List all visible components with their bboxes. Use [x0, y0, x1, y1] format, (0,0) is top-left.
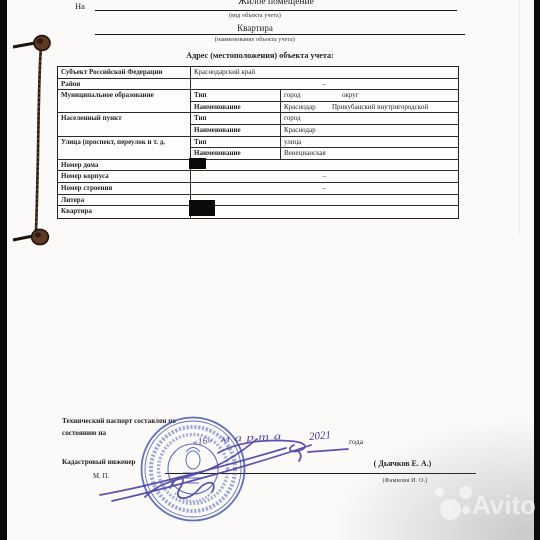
sub-key: Наименование — [191, 102, 281, 113]
row-label: Район — [58, 79, 191, 90]
sub-value-1: Краснодар — [284, 102, 332, 113]
address-section-heading: Адрес (местоположения) объекта учета: — [60, 51, 460, 60]
row-label: Субъект Российской Федерации — [58, 67, 191, 78]
row-value — [191, 195, 458, 206]
sub-value-1: город — [284, 113, 342, 124]
row-label: Населенный пункт — [58, 113, 191, 135]
redaction-box-house-number — [189, 158, 206, 169]
address-table: Субъект Российской Федерации Краснодарск… — [57, 66, 459, 219]
table-row-district: Район – — [58, 79, 458, 91]
table-row-municipality: Муниципальное образование Тип городокруг… — [58, 90, 458, 113]
object-name-value: Квартира — [95, 23, 415, 33]
object-name-underline — [95, 34, 465, 35]
sub-value-1: город — [284, 90, 342, 101]
binding-thread — [8, 26, 62, 252]
sub-key: Тип — [191, 90, 281, 101]
sub-row-type: Тип городокруг — [191, 90, 458, 102]
table-row-structure: Номер строения – — [58, 183, 458, 195]
sub-key: Наименование — [191, 125, 281, 136]
sub-row-name: Наименование Венецианская — [191, 148, 458, 159]
scanned-document-photo: На Жилое помещение (вид объекта учета) К… — [0, 0, 540, 540]
photo-left-edge — [0, 0, 7, 540]
row-label: Номер строения — [58, 183, 191, 194]
object-name-caption: (наименование объекта учета) — [95, 37, 415, 43]
row-label: Муниципальное образование — [58, 90, 191, 112]
avito-logo-circle-large — [440, 499, 461, 520]
sub-value-1: улица — [284, 137, 342, 148]
sub-row-name: Наименование КраснодарПрикубанский внутр… — [191, 102, 458, 113]
avito-watermark-text: Avito — [472, 490, 536, 521]
row-value: – — [191, 183, 458, 194]
page-fold-line — [519, 0, 520, 235]
sub-value-1: Венецианская — [284, 148, 342, 159]
object-kind-caption: (вид объекта учета) — [95, 13, 415, 19]
row-label: Квартира — [58, 206, 191, 218]
handwritten-signature — [75, 425, 355, 520]
sub-value-2: округ — [342, 90, 359, 101]
photo-right-edge — [534, 0, 540, 540]
table-row-subject: Субъект Российской Федерации Краснодарск… — [58, 67, 458, 79]
row-label: Литера — [58, 195, 191, 206]
row-label: Улица (проспект, переулок и т. д. — [58, 137, 191, 159]
row-label: Номер корпуса — [58, 171, 191, 182]
row-value: – — [191, 79, 458, 90]
redaction-box-apartment — [189, 200, 215, 216]
row-value: Краснодарский край — [191, 67, 458, 78]
avito-logo-circle-medium — [459, 486, 472, 499]
object-kind-value: Жилое помещение — [95, 0, 457, 7]
avito-logo-circle-small — [435, 488, 444, 497]
field-na-label: На — [75, 1, 85, 11]
avito-logo-circle-tiny — [462, 506, 470, 514]
table-row-house-number: Номер дома — [58, 160, 458, 172]
row-value — [191, 206, 458, 218]
table-row-settlement: Населенный пункт Тип город Наименование … — [58, 113, 458, 136]
engineer-name: ( Дьячков Е. А.) — [340, 459, 465, 468]
object-kind-underline — [95, 10, 457, 11]
sub-row-type: Тип улица — [191, 137, 458, 149]
row-value: – — [191, 171, 458, 182]
row-value — [191, 160, 458, 171]
sub-value-1: Краснодар — [284, 125, 342, 136]
sub-key: Тип — [191, 113, 281, 124]
sub-value-2: Прикубанский внутригородской — [332, 102, 428, 113]
sub-row-type: Тип город — [191, 113, 458, 125]
avito-watermark: Avito — [428, 482, 540, 534]
sub-row-name: Наименование Краснодар — [191, 125, 458, 136]
table-row-apartment: Квартира — [58, 206, 458, 218]
table-row-street: Улица (проспект, переулок и т. д. Тип ул… — [58, 137, 458, 160]
sub-key: Тип — [191, 137, 281, 148]
row-label: Номер дома — [58, 160, 191, 171]
table-row-litera: Литера — [58, 195, 458, 207]
table-row-building: Номер корпуса – — [58, 171, 458, 183]
